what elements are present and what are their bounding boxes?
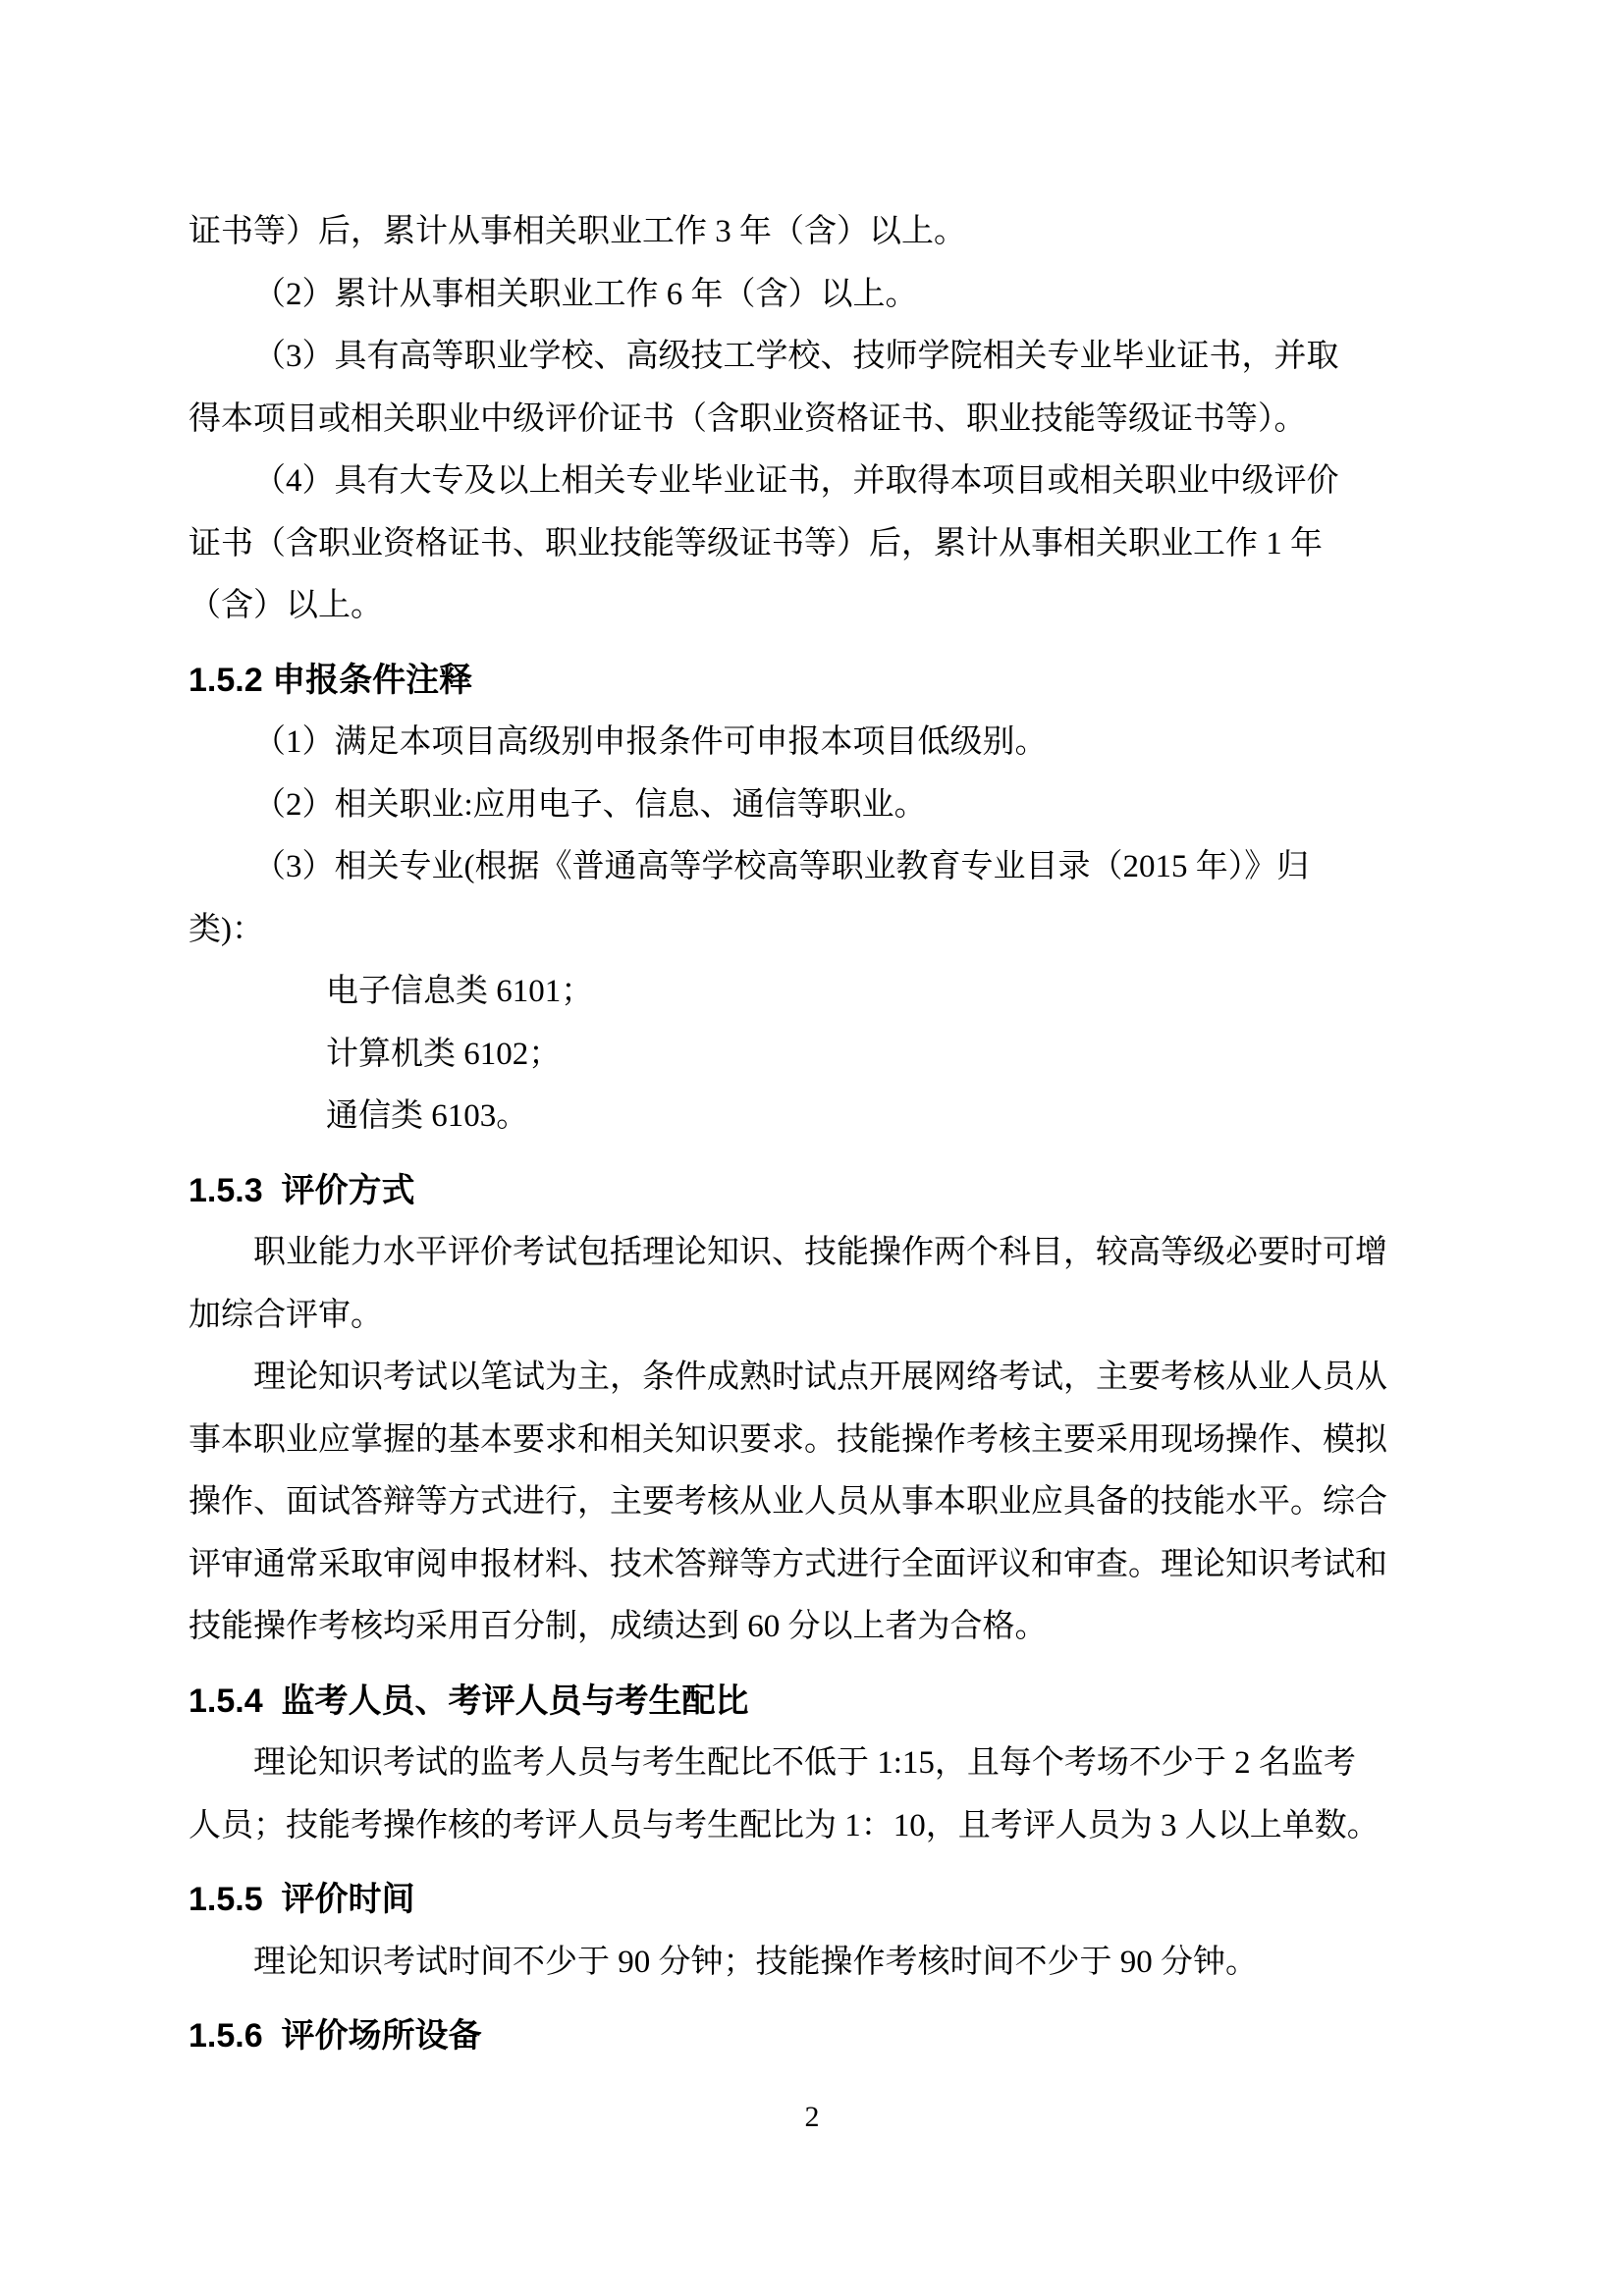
body-line: （3）具有高等职业学校、高级技工学校、技师学院相关专业毕业证书，并取 (189, 326, 1475, 389)
body-line: （4）具有大专及以上相关专业毕业证书，并取得本项目或相关职业中级评价 (189, 451, 1475, 513)
body-line: 事本职业应掌握的基本要求和相关知识要求。技能操作考核主要采用现场操作、模拟 (189, 1410, 1475, 1472)
body-line: （2）累计从事相关职业工作 6 年（含）以上。 (189, 264, 1475, 327)
body-line: （2）相关职业:应用电子、信息、通信等职业。 (189, 774, 1475, 837)
section-heading-1-5-2: 1.5.2 申报条件注释 (189, 650, 1475, 713)
page-number: 2 (0, 2101, 1624, 2134)
body-line: 证书等）后，累计从事相关职业工作 3 年（含）以上。 (189, 201, 1475, 264)
body-line: 人员；技能考操作核的考评人员与考生配比为 1：10，且考评人员为 3 人以上单数… (189, 1795, 1475, 1858)
section-heading-1-5-6: 1.5.6 评价场所设备 (189, 2005, 1475, 2068)
body-line: 理论知识考试的监考人员与考生配比不低于 1:15，且每个考场不少于 2 名监考 (189, 1733, 1475, 1795)
body-line: 操作、面试答辩等方式进行，主要考核从业人员从事本职业应具备的技能水平。综合 (189, 1471, 1475, 1534)
body-line: 证书（含职业资格证书、职业技能等级证书等）后，累计从事相关职业工作 1 年 (189, 513, 1475, 576)
list-item-line: 计算机类 6102； (189, 1024, 1475, 1087)
body-line: （1）满足本项目高级别申报条件可申报本项目低级别。 (189, 712, 1475, 774)
section-heading-1-5-3: 1.5.3 评价方式 (189, 1160, 1475, 1223)
body-line: 评审通常采取审阅申报材料、技术答辩等方式进行全面评议和审查。理论知识考试和 (189, 1534, 1475, 1597)
body-line: 理论知识考试以笔试为主，条件成熟时试点开展网络考试，主要考核从业人员从 (189, 1347, 1475, 1410)
list-item-line: 电子信息类 6101； (189, 961, 1475, 1024)
body-line: 加综合评审。 (189, 1285, 1475, 1348)
list-item-line: 通信类 6103。 (189, 1086, 1475, 1148)
section-heading-1-5-4: 1.5.4 监考人员、考评人员与考生配比 (189, 1671, 1475, 1734)
body-line: 职业能力水平评价考试包括理论知识、技能操作两个科目，较高等级必要时可增 (189, 1222, 1475, 1285)
body-line: （3）相关专业(根据《普通高等学校高等职业教育专业目录（2015 年）》归 (189, 836, 1475, 899)
body-line: 理论知识考试时间不少于 90 分钟；技能操作考核时间不少于 90 分钟。 (189, 1932, 1475, 1995)
body-line: 得本项目或相关职业中级评价证书（含职业资格证书、职业技能等级证书等）。 (189, 389, 1475, 452)
section-heading-1-5-5: 1.5.5 评价时间 (189, 1869, 1475, 1932)
body-line: （含）以上。 (189, 575, 1475, 638)
document-page: 证书等）后，累计从事相关职业工作 3 年（含）以上。 （2）累计从事相关职业工作… (0, 0, 1624, 2296)
body-line: 类)： (189, 899, 1475, 962)
body-line: 技能操作考核均采用百分制，成绩达到 60 分以上者为合格。 (189, 1596, 1475, 1659)
page-content: 证书等）后，累计从事相关职业工作 3 年（含）以上。 （2）累计从事相关职业工作… (189, 201, 1475, 2068)
